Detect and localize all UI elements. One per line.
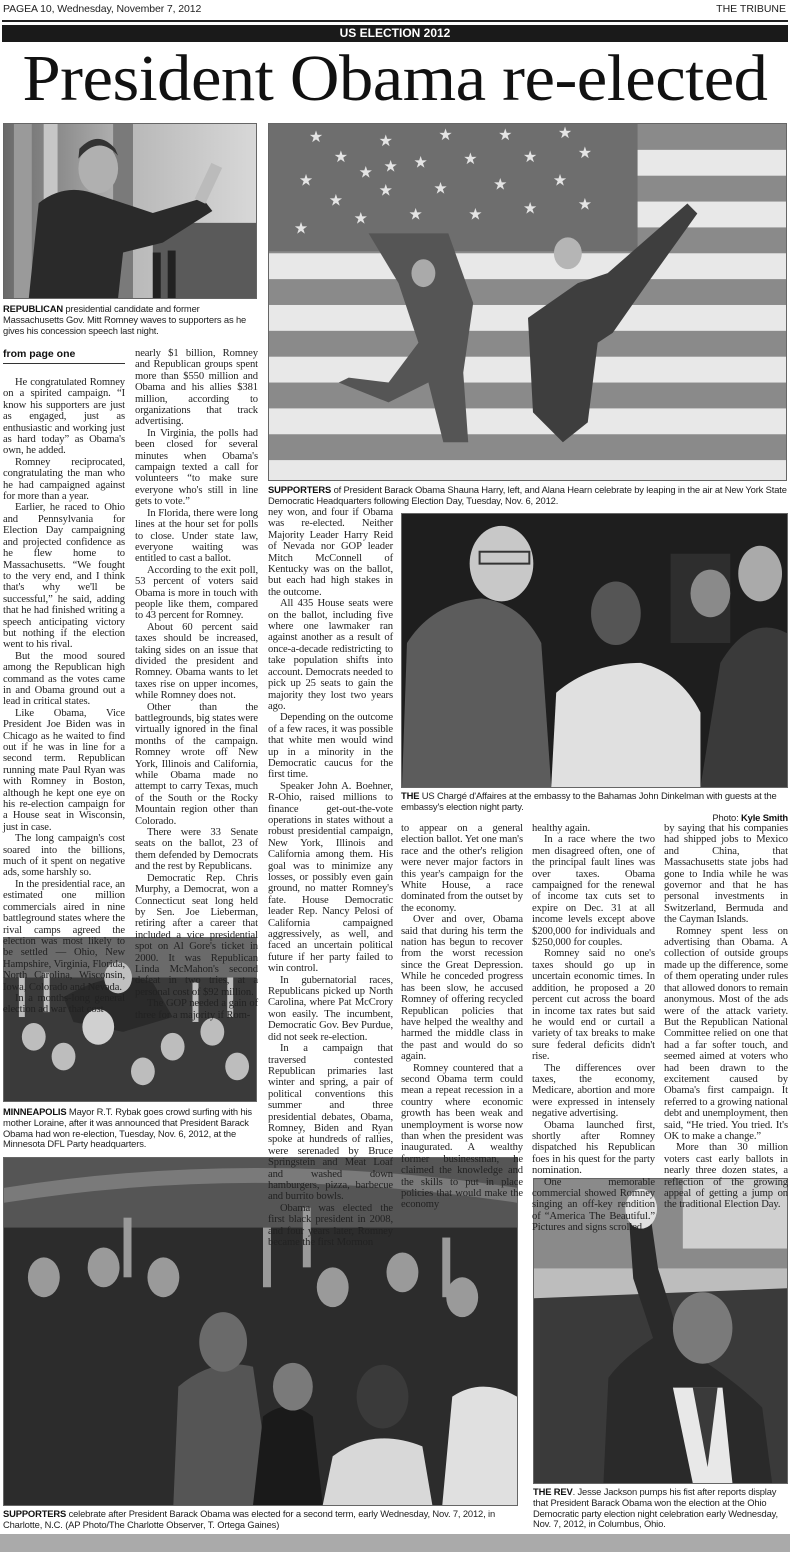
flag-photo-caption: SUPPORTERS of President Barack Obama Sha… bbox=[268, 485, 788, 507]
svg-text:★: ★ bbox=[493, 175, 507, 194]
paragraph: In Virginia, the polls had been closed f… bbox=[135, 428, 258, 508]
paragraph: Other than the battlegrounds, big states… bbox=[135, 702, 258, 827]
caption-lead: THE bbox=[401, 790, 419, 801]
svg-text:★: ★ bbox=[334, 147, 348, 166]
svg-text:★: ★ bbox=[523, 199, 537, 218]
svg-text:★: ★ bbox=[413, 153, 427, 172]
paragraph: Like Obama, Vice President Joe Biden was… bbox=[3, 708, 125, 833]
paragraph: In a campaign that traversed contested R… bbox=[268, 1043, 393, 1203]
paragraph: He congratulated Romney on a spirited ca… bbox=[3, 377, 125, 457]
paragraph: Romney countered that a second Obama ter… bbox=[401, 1063, 523, 1211]
paragraph: The long campaign's cost soared into the… bbox=[3, 833, 125, 879]
paragraph: The differences over taxes, the economy,… bbox=[532, 1063, 655, 1120]
page-folio: PAGEA 10, Wednesday, November 7, 2012 bbox=[3, 3, 201, 15]
newspaper-name: THE TRIBUNE bbox=[716, 3, 786, 15]
svg-text:★: ★ bbox=[354, 208, 368, 227]
article-column-5: healthy again. In a race where the two m… bbox=[532, 823, 655, 1234]
paragraph: Speaker John A. Boehner, R-Ohio, raised … bbox=[268, 781, 393, 975]
minneapolis-photo-caption: MINNEAPOLIS Mayor R.T. Rybak goes crowd … bbox=[3, 1107, 257, 1150]
caption-text: celebrate after President Barack Obama w… bbox=[3, 1508, 495, 1530]
paragraph: Romney said no one's taxes should go up … bbox=[532, 948, 655, 1062]
paragraph: According to the exit poll, 53 percent o… bbox=[135, 565, 258, 622]
romney-photo-caption: REPUBLICAN presidential candidate and fo… bbox=[3, 304, 257, 336]
jackson-photo-caption: THE REV. Jesse Jackson pumps his fist af… bbox=[533, 1487, 788, 1530]
article-column-3: ney won, and four if Obama was re-electe… bbox=[268, 507, 393, 1248]
paragraph: to appear on a general election ballot. … bbox=[401, 823, 523, 914]
svg-text:★: ★ bbox=[379, 131, 393, 150]
caption-lead: REPUBLICAN bbox=[3, 303, 63, 314]
caption-text: US Chargé d'Affaires at the embassy to t… bbox=[401, 790, 777, 812]
caption-lead: SUPPORTERS bbox=[268, 484, 331, 495]
svg-text:★: ★ bbox=[299, 171, 313, 190]
svg-text:★: ★ bbox=[384, 157, 398, 176]
paragraph: Over and over, Obama said that during hi… bbox=[401, 914, 523, 1062]
svg-text:★: ★ bbox=[578, 195, 592, 214]
svg-text:★: ★ bbox=[438, 125, 452, 144]
paragraph: Obama launched first, shortly after Romn… bbox=[532, 1120, 655, 1177]
paragraph: But the mood soured among the Republican… bbox=[3, 651, 125, 708]
svg-text:★: ★ bbox=[408, 204, 422, 223]
headline: President Obama re-elected bbox=[0, 44, 790, 114]
paragraph: In a months-long general election ad war… bbox=[3, 993, 125, 1016]
svg-text:★: ★ bbox=[463, 149, 477, 168]
svg-text:★: ★ bbox=[379, 181, 393, 200]
paragraph: Depending on the outcome of a few races,… bbox=[268, 712, 393, 780]
caption-lead: SUPPORTERS bbox=[3, 1508, 66, 1519]
paragraph: In gubernatorial races, Republicans pick… bbox=[268, 975, 393, 1043]
svg-text:★: ★ bbox=[553, 171, 567, 190]
jump-from-label: from page one bbox=[3, 348, 125, 364]
paragraph: In the presidential race, an estimated o… bbox=[3, 879, 125, 993]
photographer-name: Kyle Smith bbox=[741, 812, 788, 823]
svg-text:★: ★ bbox=[578, 143, 592, 162]
paragraph: Obama was elected the first black presid… bbox=[268, 1203, 393, 1249]
embassy-photo-caption: THE US Chargé d'Affaires at the embassy … bbox=[401, 791, 788, 823]
svg-text:★: ★ bbox=[523, 147, 537, 166]
paragraph: In a race where the two men disagreed of… bbox=[532, 834, 655, 948]
article-column-1: He congratulated Romney on a spirited ca… bbox=[3, 377, 125, 1016]
paragraph: The GOP needed a gain of three for a maj… bbox=[135, 998, 258, 1021]
svg-text:★: ★ bbox=[329, 191, 343, 210]
paragraph: All 435 House seats were on the ballot, … bbox=[268, 598, 393, 712]
paragraph: Romney spent less on advertising than Ob… bbox=[664, 926, 788, 1143]
paragraph: Democratic Rep. Chris Murphy, a Democrat… bbox=[135, 873, 258, 998]
svg-text:★: ★ bbox=[294, 218, 308, 237]
paragraph: Earlier, he raced to Ohio and Pennsylvan… bbox=[3, 502, 125, 650]
article-column-4: to appear on a general election ballot. … bbox=[401, 823, 523, 1211]
top-rule bbox=[2, 20, 788, 22]
paragraph: About 60 percent said taxes should be in… bbox=[135, 622, 258, 702]
romney-photo bbox=[3, 123, 257, 299]
svg-text:★: ★ bbox=[433, 179, 447, 198]
paragraph: There were 33 Senate seats on the ballot… bbox=[135, 827, 258, 873]
paragraph: by saying that his companies had shipped… bbox=[664, 823, 788, 926]
paragraph: ney won, and four if Obama was re-electe… bbox=[268, 507, 393, 598]
paragraph: One memorable commercial showed Romney s… bbox=[532, 1177, 655, 1234]
flag-jumpers-photo: ★★★★★ ★★★★★ ★★★★★★ ★★★★★★ ★★ bbox=[268, 123, 787, 481]
paragraph: More than 30 million voters cast early b… bbox=[664, 1142, 788, 1210]
svg-text:★: ★ bbox=[498, 125, 512, 144]
svg-text:★: ★ bbox=[309, 127, 323, 146]
paragraph: In Florida, there were long lines at the… bbox=[135, 508, 258, 565]
paragraph: nearly $1 billion, Romney and Republican… bbox=[135, 348, 258, 428]
paragraph: healthy again. bbox=[532, 823, 655, 834]
page-bottom-band bbox=[0, 1534, 790, 1552]
svg-text:★: ★ bbox=[558, 124, 572, 142]
article-column-6: by saying that his companies had shipped… bbox=[664, 823, 788, 1211]
svg-text:★: ★ bbox=[468, 204, 482, 223]
section-banner: US ELECTION 2012 bbox=[2, 25, 788, 42]
caption-lead: THE REV bbox=[533, 1486, 573, 1497]
photo-credit: Photo: Kyle Smith bbox=[401, 813, 788, 824]
charlotte-photo-caption: SUPPORTERS celebrate after President Bar… bbox=[3, 1509, 518, 1531]
embassy-party-photo bbox=[401, 513, 788, 788]
caption-text: of President Barack Obama Shauna Harry, … bbox=[268, 484, 787, 506]
paragraph: Romney reciprocated, congratulating the … bbox=[3, 457, 125, 503]
article-column-2: nearly $1 billion, Romney and Republican… bbox=[135, 348, 258, 1021]
svg-text:★: ★ bbox=[359, 163, 373, 182]
caption-lead: MINNEAPOLIS bbox=[3, 1106, 66, 1117]
